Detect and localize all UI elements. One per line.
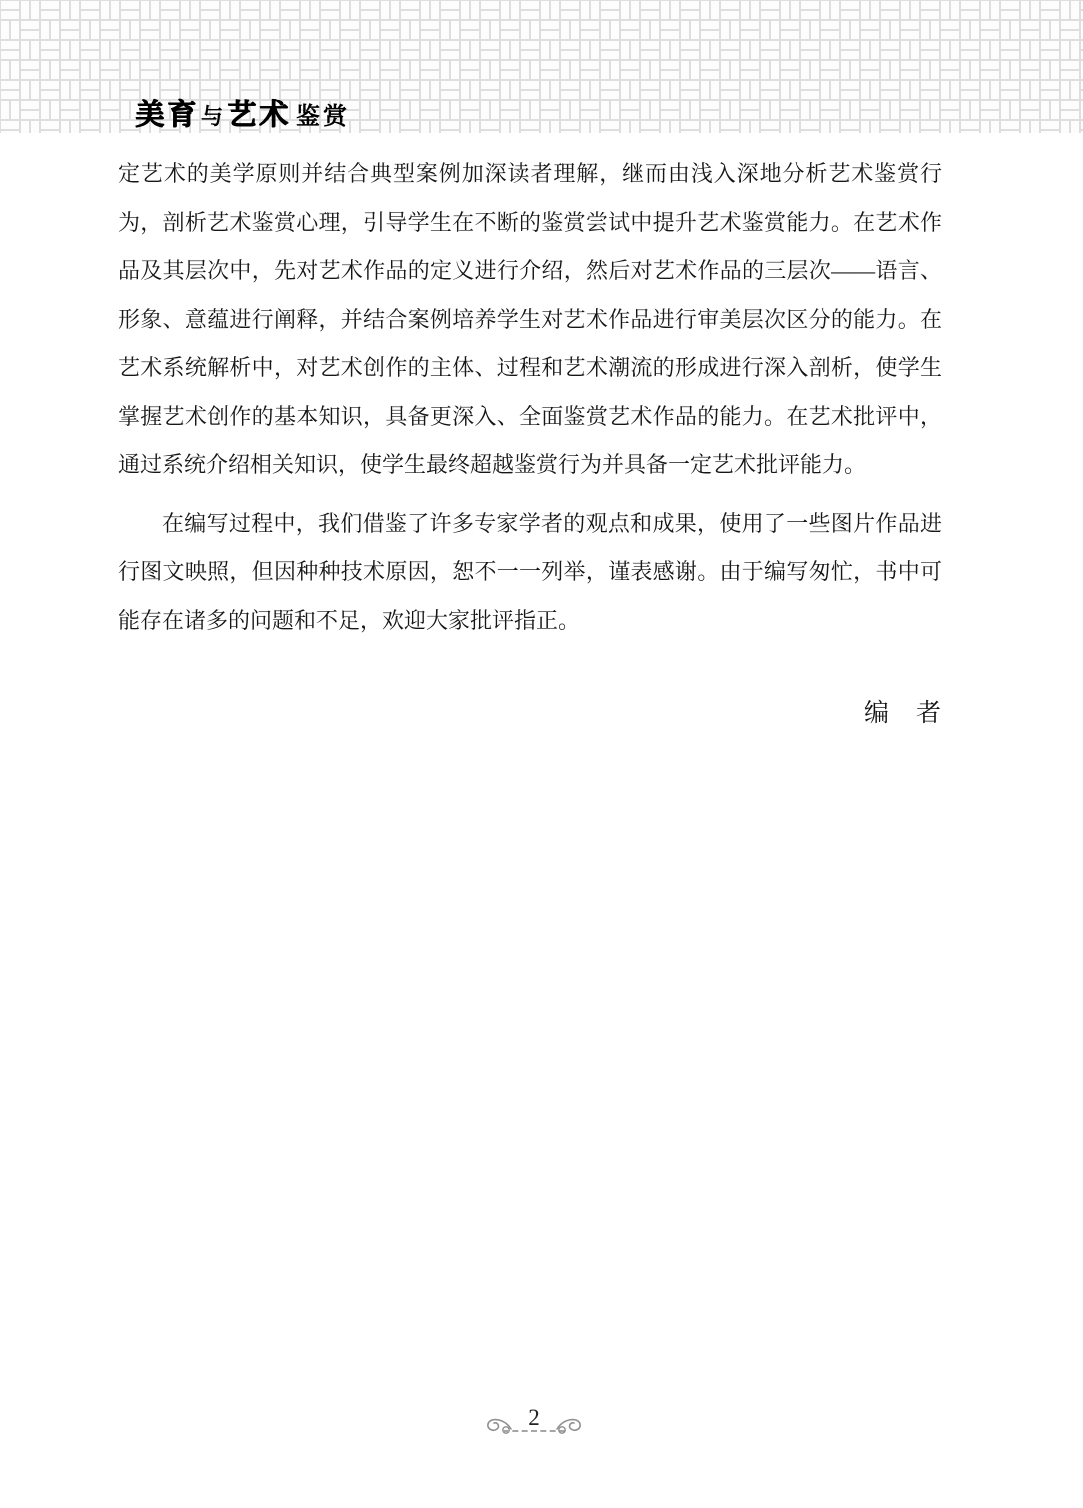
- flourish-right-icon: [556, 1416, 582, 1436]
- preface-body: 定艺术的美学原则并结合典型案例加深读者理解，继而由浅入深地分析艺术鉴赏行为，剖析…: [118, 150, 942, 645]
- preface-paragraph-2: 在编写过程中，我们借鉴了许多专家学者的观点和成果，使用了一些图片作品进行图文映照…: [118, 500, 942, 646]
- title-part-jianshang: 鉴赏: [296, 96, 350, 131]
- preface-paragraph-1: 定艺术的美学原则并结合典型案例加深读者理解，继而由浅入深地分析艺术鉴赏行为，剖析…: [118, 150, 942, 490]
- title-part-meiyu: 美育: [135, 92, 199, 133]
- title-part-yishu: 艺术: [227, 92, 291, 133]
- book-page: 美育 与 艺术 鉴赏 定艺术的美学原则并结合典型案例加深读者理解，继而由浅入深地…: [0, 0, 1083, 1508]
- editor-signature: 编 者: [118, 690, 942, 738]
- title-part-yu: 与: [201, 100, 223, 131]
- page-footer: 2: [486, 1402, 582, 1436]
- running-head-title: 美育 与 艺术 鉴赏: [135, 92, 350, 133]
